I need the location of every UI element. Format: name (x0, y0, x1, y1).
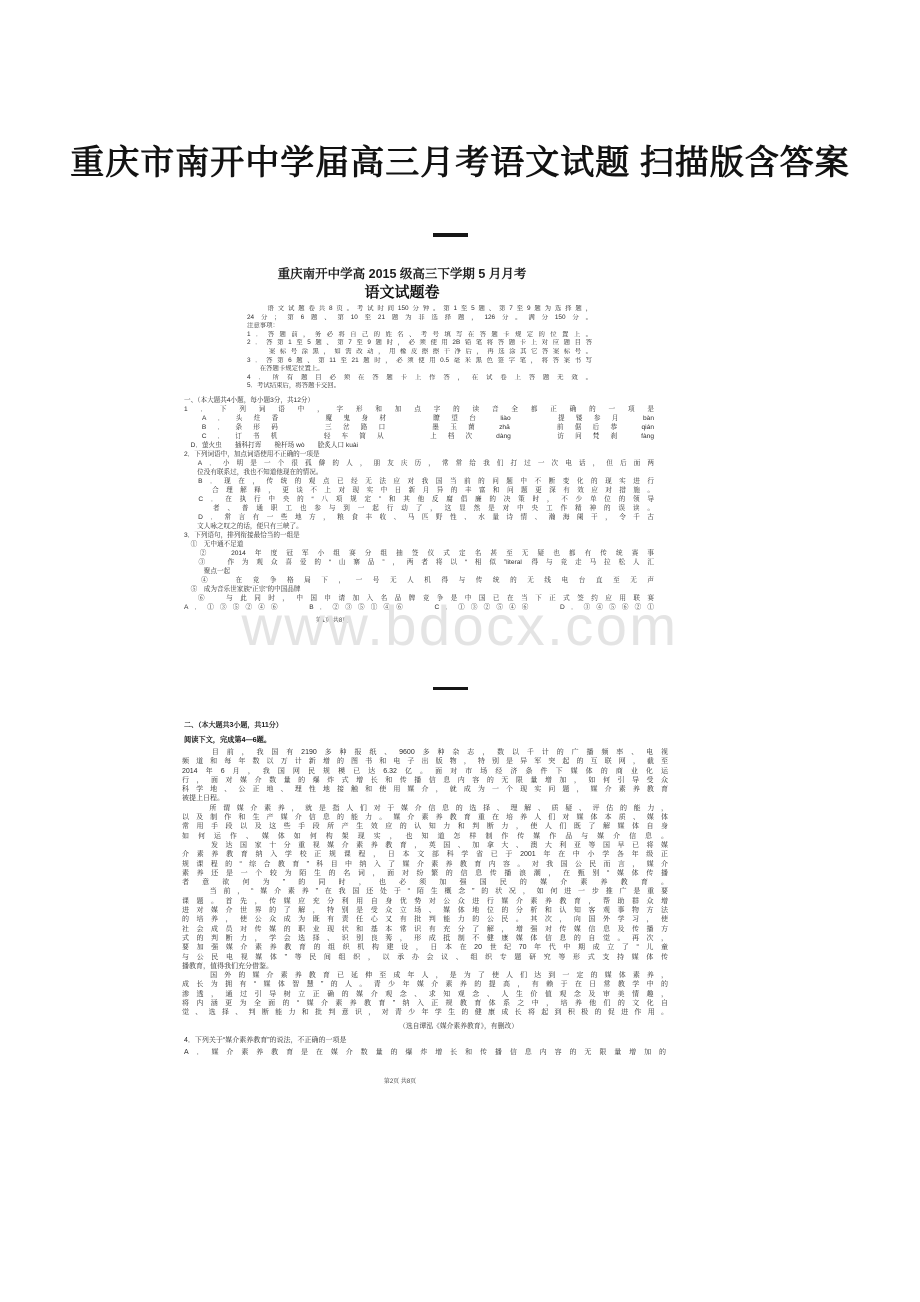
scan-text-line: 国外的媒介素养教育已延伸至成年人，是为了使人们达到一定的媒体素养， (182, 971, 668, 980)
scan-text-line: 素养还是一个较为陌生的名词，面对纷繁的信息传播浪潮，在甄别“媒体传播 (182, 869, 668, 878)
separator-dash-middle (433, 687, 468, 690)
scan-text-line: 进对媒介世界的了解，特别是受众立场、媒体地位的分析和认知客观事物方法 (182, 906, 668, 915)
scan-text-line: ③ 作为观众喜爱的“山寨品”，两者将以“相似”literal 得与竞走马拉松人汇 (184, 558, 654, 567)
scan-text-line: 者意欲何为”的同时，也必须加强国民的媒介素养教育。 (182, 878, 668, 887)
scan-text-line: 发达国家十分重视媒介素养教育，英国、加拿大、澳大利亚等国早已将媒 (182, 841, 668, 850)
exam-subtitle: 语文试题卷 (182, 284, 622, 302)
scan-text-line: A．头炷香 魔鬼身材 瞭望台 liào 提镂参月 bàn (184, 414, 654, 423)
scan-text-line: 规课程的“综合教育”科目中纳入了媒介素养教育内容。对我国公民而言，媒介 (182, 860, 668, 869)
page-footer-2: 第2页 共8页 (182, 1078, 618, 1086)
scan-text-line: 注意事项： (247, 322, 592, 331)
scan-text-line: 将内涵更为全面的“媒介素养教育”纳入正规教育体系之中，培养他们的文化自 (182, 999, 668, 1008)
scan-text-line: 社会成员对传媒的职业现状和基本常识有充分了解，增强对传媒信息及传播方 (182, 925, 668, 934)
scan-text-line: 频道和每年数以万计新增的图书和电子出版物，特别是异军突起的互联网，截至 (182, 757, 668, 766)
scan-text-line: 2．答第1至5题、第7至9题时，必须使用2B铅笔将答题卡上对应题目答 (247, 339, 592, 348)
separator-dash-top (433, 233, 468, 237)
scan-text-line: 者、普通职工也参与到一起行动了，这显然是对中央工作精神的误读。 (184, 504, 654, 513)
scan-text-line: 行，面对媒介数量的爆炸式增长和传播信息内容的无限量增加，如何引导受众 (182, 776, 668, 785)
reading-passage-block: 目前，我国有2190多种报纸、9600多种杂志，数以千计的广播频率、电视频道和每… (182, 748, 668, 1018)
scan-text-line: C．在执行中央的“八项规定”和其他反腐倡廉的决策时，不少单位的领导 (184, 495, 654, 504)
document-title: 重庆市南开中学届高三月考语文试题 扫描版含答案 (0, 144, 920, 184)
scan-text-line: 以及制作和生产媒介信息的能力。媒介素养教育重在培养人们对媒体本质、媒体 (182, 813, 668, 822)
scan-text-line: D．常言有一些地方，粮食丰收、马匹野性、水量诗情、瀚海阑干，令千古 (184, 513, 654, 522)
bdocx-watermark: www.bdocx.com (0, 594, 920, 658)
scan-text-line: 如何运作、媒体如何构架现实，也知道怎样制作传媒作品与媒介信息。 (182, 832, 668, 841)
scan-text-line: 渗透，通过引导树立正确的媒介观念、求知观念、人生价值观念及审美情趣， (182, 990, 668, 999)
scan-text-line: 合理解释，更谈不上对现实中日新月异的丰富和问题更深有效应对措施。 (184, 486, 654, 495)
scanned-exam-page-2: 二、（本大题共3小题，共11分） 阅读下文，完成第4—6题。 目前，我国有219… (182, 716, 668, 1098)
scan-text-line: 介素养教育纳入学校正规课程，日本文部科学省已于2001年在中小学各年级正 (182, 850, 668, 859)
scan-text-line: 2014年6月，我国网民规模已达6.32亿。面对市场经济条件下媒体的商业化运 (182, 767, 668, 776)
document-page: 重庆市南开中学届高三月考语文试题 扫描版含答案 重庆南开中学高 2015 级高三… (0, 0, 920, 1302)
scan-text-line: ① 无中通不足道 (184, 540, 654, 549)
exam-notice-block: 语文试题卷共8页。考试时间150分钟。第1至5题、第7至9题为选择题，24分；第… (247, 305, 592, 391)
scan-text-line: 语文试题卷共8页。考试时间150分钟。第1至5题、第7至9题为选择题， (247, 305, 592, 314)
scan-text-line: C．订书机 轻车简从 上档次 dàng 访问梵刹 fàng (184, 432, 654, 441)
scan-text-line: 位没有联系过，我也不知道他现在的情况。 (184, 468, 654, 477)
scan-text-line: 3．下列语句，排列衔接最恰当的一组是 (184, 531, 654, 540)
scan-text-line: 的培养，使公众成为既有责任心又有批判能力的公民。其次，向国外学习，使 (182, 915, 668, 924)
scan-text-line: 成长为拥有“媒体智慧”的人。青少年媒介素养的提高，有赖于在日常教学中的 (182, 980, 668, 989)
exam-header: 重庆南开中学高 2015 级高三下学期 5 月月考 (182, 267, 622, 282)
scan-text-line: ④ 在竞争格局下，一号无人机得与传统的无线电台直至无声 (184, 576, 654, 585)
scan-text-line: 在答题卡规定位置上。 (247, 365, 592, 374)
scan-text-line: 要加强媒介素养教育的组织机构建设，日本在20世纪70年代中期成立了“儿童 (182, 943, 668, 952)
scan-text-line: 3．答第6题、第11至21题时，必须使用0.5毫米黑色签字笔，将答案书写 (247, 357, 592, 366)
scan-text-line: 1．下列词语中，字形和加点字的读音全都正确的一项是 (184, 405, 654, 414)
scan-text-line: 式的判断力，学会选择、识别良莠，形成抵制不健康媒体信息的自觉。再次， (182, 934, 668, 943)
scan-text-line: 5．考试结束后，将答题卡交回。 (247, 382, 592, 391)
section-heading: 二、（本大题共3小题，共11分） (184, 721, 283, 730)
scan-text-line: 案标号涂黑，如需改动，用橡皮擦擦干净后，再选涂其它答案标号。 (247, 348, 592, 357)
scan-text-line: 觉、选择、判断能力和批判意识，对青少年学生的健康成长将起到积极的促进作用。 (182, 1008, 668, 1017)
scan-text-line: ⑤ 成为音乐世家族“正宗”的中国品牌 (184, 585, 654, 594)
scan-text-line: 常用手段以及这些手段所产生效应的认知力和判断力，使人们既了解媒体自身 (182, 822, 668, 831)
scan-text-line: 与公民电视媒体”等民间组织，以承办会议、组织专题研究等形式支持媒体传 (182, 953, 668, 962)
scan-text-line: 所谓媒介素养，就是指人们对于媒介信息的选择、理解、质疑、评估的能力， (182, 804, 668, 813)
scan-text-line: D．萤火虫 插科打诨 桅杆场 wò 脍炙人口 kuài (184, 441, 654, 450)
scan-text-line: 课题。首先，传媒应充分利用自身优势对公众进行媒介素养教育，帮助群众增 (182, 897, 668, 906)
scan-text-line: 目前，我国有2190多种报纸、9600多种杂志，数以千计的广播频率、电视 (182, 748, 668, 757)
scan-text-line: B．现在，传统的观点已经无法应对我国当前的问题中不断变化的现实进行 (184, 477, 654, 486)
scan-text-line: 当前，“媒介素养”在我国还处于“陌生概念”的状况，如何进一步推广是重要 (182, 887, 668, 896)
scan-text-line: A．小明是一个很孤僻的人，朋友庆历，常常给我们打过一次电话，但后面两 (184, 459, 654, 468)
scan-text-line: 被提上日程。 (182, 794, 668, 803)
scan-text-line: 科学地、公正地、理性地接触和使用媒介，就成为一个现实问题，媒介素养教育 (182, 785, 668, 794)
scan-text-line: ② 2014年度冠军小组赛分组抽签仪式定名甚至无疑也都有传统赛事 (184, 549, 654, 558)
exam-questions-block: 一、（本大题共4小题，每小题3分，共12分）1．下列词语中，字形和加点字的读音全… (184, 396, 654, 612)
scan-text-line: 4．所有题目必须在答题卡上作答，在试卷上答题无效。 (247, 374, 592, 383)
scan-text-line: 1．答题前，务必将自己的姓名、考号填写在答题卡规定的位置上。 (247, 331, 592, 340)
scan-text-line: 播教育，值得我们充分借鉴。 (182, 962, 668, 971)
scan-text-line: 文人咏之叹之的话，便只有三峡了。 (184, 522, 654, 531)
scan-text-line: 聚点一起 (184, 567, 654, 576)
reading-instruction: 阅读下文，完成第4—6题。 (184, 735, 271, 744)
passage-attribution: （选自谭泓《媒介素养教育》，有删改） (182, 1022, 668, 1031)
question-4-stem: 4．下列关于“媒介素养教育”的说法，不正确的一项是 (184, 1036, 668, 1045)
question-4-option-a: A．媒介素养教育是在媒介数量的爆炸增长和传播信息内容的无限量增加的 (184, 1048, 666, 1057)
scan-text-line: 一、（本大题共4小题，每小题3分，共12分） (184, 396, 654, 405)
scan-text-line: B．条形码 三岔路口 墨玉菌 zhā 前倨后恭 qián (184, 423, 654, 432)
scan-text-line: 2．下列词语中，加点词语使用不正确的一项是 (184, 450, 654, 459)
scan-text-line: 24分；第6题、第10至21题为非选择题，126分。满分150分。 (247, 314, 592, 323)
